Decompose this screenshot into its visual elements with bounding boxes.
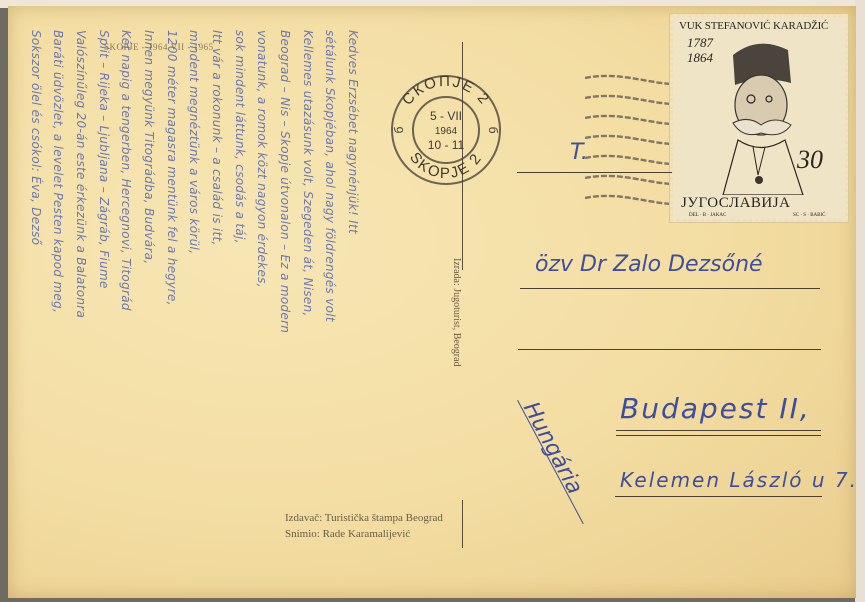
stamp-country: ЈУГОСЛАВИЈА [681, 195, 790, 212]
message-line: mindent megnéztünk a város körül, [187, 30, 201, 254]
publisher-line: Izdavač: Turistička štampa Beograd [285, 510, 443, 526]
message-line: Itt vár a rokonunk – a család is itt, [210, 30, 224, 246]
address-line-2 [520, 288, 820, 289]
svg-text:б: б [486, 127, 500, 134]
recipient-name: özv Dr Zalo Dezsőné [535, 252, 763, 277]
message-line: Beograd – Nis – Skopje útvonalon – Ez a … [278, 30, 292, 333]
message-line: 1200 méter magasra mentünk fel a hegyre, [165, 30, 179, 306]
message-line: Kellemes utazásunk volt, Szegeden át, Ni… [301, 30, 315, 317]
svg-text:б: б [392, 126, 406, 133]
photographer-line: Snimio: Rade Karamalijević [285, 526, 443, 542]
message-line: Valószínűleg 20-án este érkezünk a Balat… [74, 30, 88, 318]
publisher-credit: Izdavač: Turistička štampa Beograd Snimi… [285, 510, 443, 542]
city: Budapest II, [620, 392, 811, 425]
stamp-value: 30 [797, 145, 823, 175]
street: Kelemen László u 7. [620, 468, 858, 492]
message-line: Sokszor ölel és csókol: Éva, Dezső [29, 30, 43, 245]
divider-line-lower [462, 500, 463, 548]
address-line-4 [616, 430, 821, 436]
svg-text:10 - 11: 10 - 11 [428, 138, 465, 152]
salutation: T. [570, 140, 588, 165]
stamp-credit-designer: DEL · B · JAKAC [689, 213, 726, 218]
svg-text:1964: 1964 [435, 126, 458, 137]
address-line-3 [518, 349, 821, 350]
message-line: sok mindent láttunk, csodás a táj, [233, 30, 247, 244]
stamp-credit-engraver: SC · S · BABIĆ [793, 213, 826, 218]
producer-credit: Izrada: Jugoturist, Beograd [451, 258, 462, 367]
scan-background-right [855, 0, 865, 602]
address-line-5 [615, 496, 822, 497]
message-line: Kedves Erzsébet nagynénjük! Itt [346, 30, 360, 234]
message-line: Innen megyünk Titográdba, Budvára, [142, 30, 156, 264]
message-line: Split – Rijeka – Ljubljana – Zágráb, Fiu… [97, 30, 111, 289]
stamp-title: VUK STEFANOVIĆ KARADŽIĆ [679, 20, 828, 32]
svg-text:5 - VII: 5 - VII [430, 109, 462, 123]
message-line: sétálunk Skopjéban, ahol nagy földrengés… [323, 30, 337, 322]
postmark-icon: СКОПЈЕ 2 SKOPJE 2 5 - VII 1964 10 - 11 б… [382, 72, 510, 190]
address-line-1 [517, 172, 672, 173]
postage-stamp: VUK STEFANOVIĆ KARADŽIĆ 1787 1864 30 ЈУГ… [670, 14, 848, 222]
svg-text:СКОПЈЕ 2: СКОПЈЕ 2 [399, 73, 494, 109]
message-line: vonatunk, a romok közt nagyon érdekes, [255, 30, 269, 288]
handwritten-message: Kedves Erzsébet nagynénjük! Ittsétálunk … [20, 30, 360, 590]
message-line: Baráti üdvözlet, a levelet Pesten kapod … [51, 30, 65, 313]
message-line: Két napig a tengerben, Hercegnovi, Titog… [119, 30, 133, 311]
